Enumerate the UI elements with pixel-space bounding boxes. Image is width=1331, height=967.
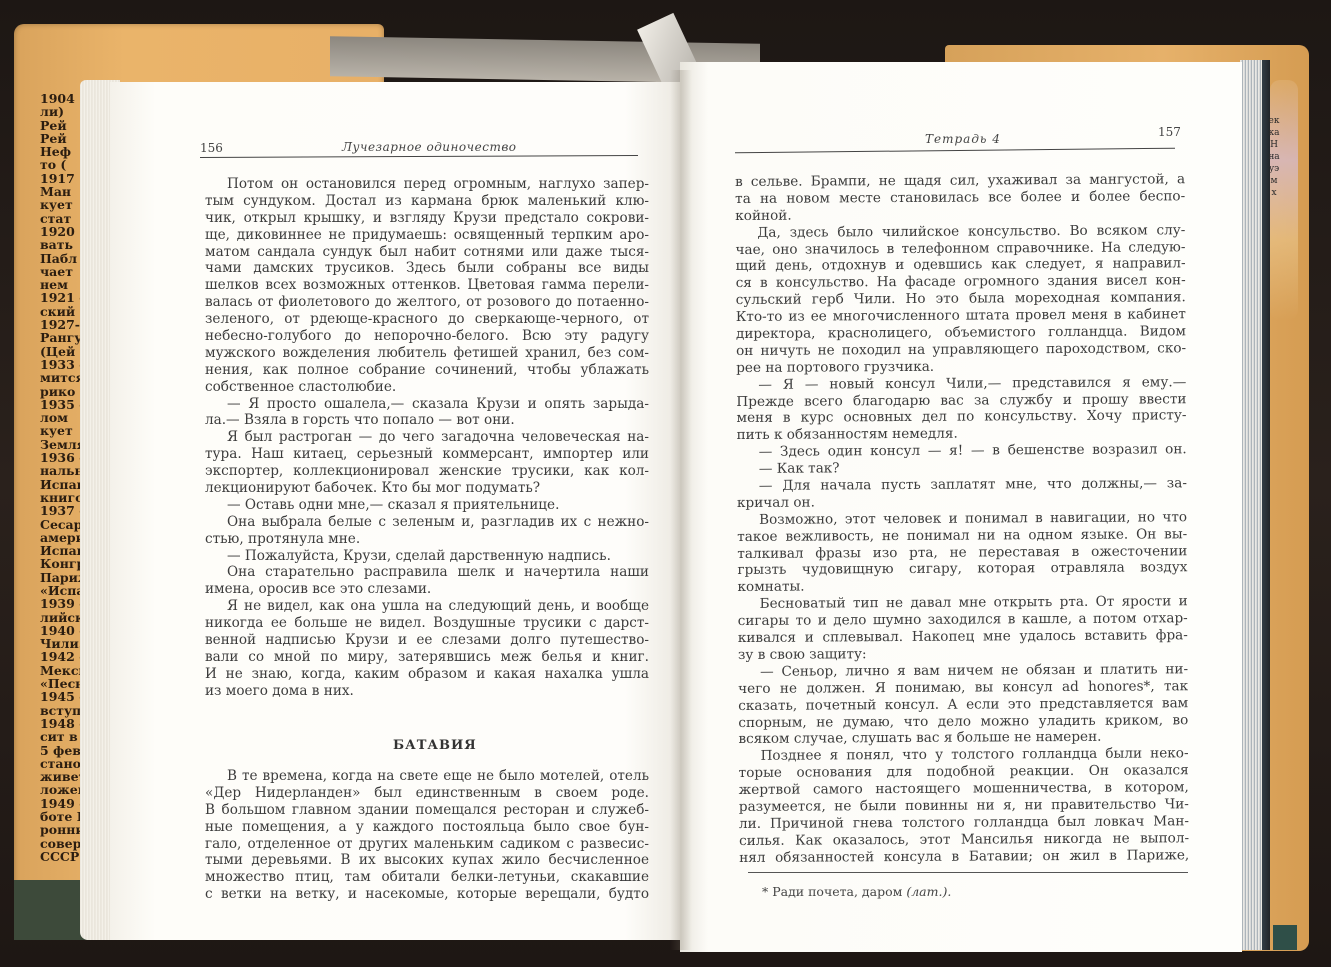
text-line: чик, открыл крышку, и взгляду Крузи пред…	[205, 210, 649, 227]
left-page-section-body: В те времена, когда на свете еще не было…	[205, 768, 649, 903]
footnote-rule	[748, 872, 1188, 873]
text-line: спорным, не думаю, что дело можно уладит…	[738, 712, 1188, 732]
text-line: Она старательно расправила шелк и начерт…	[205, 564, 649, 581]
text-line: из моего дома в них.	[205, 683, 649, 700]
text-line: — Я — новый консул Чили,— представился я…	[736, 374, 1186, 394]
section-title: БАТАВИЯ	[393, 738, 477, 753]
text-line: тура. Наш китаец, серьезный коммерсант, …	[205, 446, 649, 463]
back-book-spine-text-right: еккаНнауэмх	[1268, 115, 1280, 199]
text-line: зеленого, от рдеюще-красного до сверкающ…	[205, 311, 649, 328]
text-line: шелков всех возможных оттенков. Цветовая…	[205, 277, 649, 294]
right-page-number: 157	[1158, 125, 1181, 139]
text-line: венной надписью Крузи и ее слезами долго…	[205, 632, 649, 649]
text-line: — Я просто ошалела,— сказала Крузи и опя…	[205, 396, 649, 413]
text-line: ла.— Взяла в горсть что попало — вот они…	[205, 412, 649, 429]
footnote: * Ради почета, даром (лат.).	[762, 884, 951, 899]
text-line: тыми деревьями. В их высоких купах жило …	[205, 852, 649, 869]
text-line: — Здесь один консул — я! — в бешенстве в…	[737, 441, 1187, 461]
footnote-note: (лат.).	[906, 884, 951, 899]
book-gutter	[670, 70, 692, 950]
text-line: имена, оросив все это слезами.	[205, 581, 649, 598]
text-line: он ничуть не походил на управляющего пар…	[736, 340, 1186, 360]
text-line: меня в курс основных дел по консульству.…	[736, 408, 1186, 428]
text-line: чами дамских трусиков. Здесь были собран…	[205, 260, 649, 277]
text-line: мужского вожделения любитель фетишей хра…	[205, 345, 649, 362]
text-line: собственное сластолюбие.	[205, 379, 649, 396]
page-edges-right	[1240, 60, 1262, 950]
text-line: Я не видел, как она ушла на следующий де…	[205, 598, 649, 615]
text-line: грызть чудовищную сигару, которая отравл…	[737, 560, 1187, 580]
right-running-head: Тетрадь 4	[925, 132, 1001, 146]
text-line: — Для начала пусть заплатят мне, что дол…	[737, 475, 1187, 495]
text-line: гало, отделенное от других маленьким сад…	[205, 836, 649, 853]
text-line: сказать, почетный консул. А если это пре…	[738, 695, 1188, 715]
text-line: стью, протянула мне.	[205, 531, 649, 548]
left-running-head: Лучезарное одиночество	[342, 140, 517, 154]
text-line: ще, диковиннее не придумаешь: освященный…	[205, 227, 649, 244]
back-book-corner	[1273, 925, 1297, 950]
text-line: лекционируют бабочек. Кто бы мог подумат…	[205, 480, 649, 497]
left-page-number: 156	[200, 141, 223, 155]
text-line: множество птиц, там обитали белки-летунь…	[205, 869, 649, 886]
text-line: экспортер, коллекционировал женские трус…	[205, 463, 649, 480]
text-line: кивался и сплевывал. Накопец мне удалось…	[738, 627, 1188, 647]
text-line: вали со мной по миру, затерявшись меж бе…	[205, 649, 649, 666]
text-line: с ветки на ветку, и насекомые, которые в…	[205, 886, 649, 903]
text-line: нял обязанностей консула в Батавии; он ж…	[739, 847, 1189, 867]
right-page-body: в сельве. Брампи, не щадя сил, ухаживал …	[735, 171, 1189, 866]
text-line: ные помещения, а у каждого постояльца бы…	[205, 819, 649, 836]
text-line: В те времена, когда на свете еще не было…	[205, 768, 649, 785]
text-line: — Оставь одни мне,— сказал я приятельниц…	[205, 497, 649, 514]
text-line: матом сандала сундук был набит сотнями и…	[205, 244, 649, 261]
text-line: И не знаю, когда, каким образом и какая …	[205, 666, 649, 683]
text-line: — Пожалуйста, Крузи, сделай дарственную …	[205, 548, 649, 565]
text-line: валась от фиолетового до желтого, от роз…	[205, 294, 649, 311]
text-line: Потом он остановился перед огромным, наг…	[205, 176, 649, 193]
text-line: «Дер Нидерланден» был единственным в сво…	[205, 785, 649, 802]
text-line: нения, как полное собрание сочинений, чт…	[205, 362, 649, 379]
left-page-body: Потом он остановился перед огромным, наг…	[205, 176, 649, 700]
text-line: В большом главном здании помещался ресто…	[205, 802, 649, 819]
text-line: тым сундуком. Достал из кармана брюк мал…	[205, 193, 649, 210]
text-line: никогда ее больше не видел. Воздушные тр…	[205, 615, 649, 632]
text-line: Я был растроган — до чего загадочна чело…	[205, 429, 649, 446]
footnote-marker: *	[762, 884, 768, 899]
text-line: небесно-голубого до непорочно-белого. Вс…	[205, 328, 649, 345]
text-line: Да, здесь было чилийское консульство. Во…	[735, 222, 1185, 242]
footnote-text: Ради почета, даром	[772, 884, 902, 899]
text-line: та на новом месте становилась все более …	[735, 188, 1185, 208]
text-line: Она выбрала белые с зеленым и, разгладив…	[205, 514, 649, 531]
